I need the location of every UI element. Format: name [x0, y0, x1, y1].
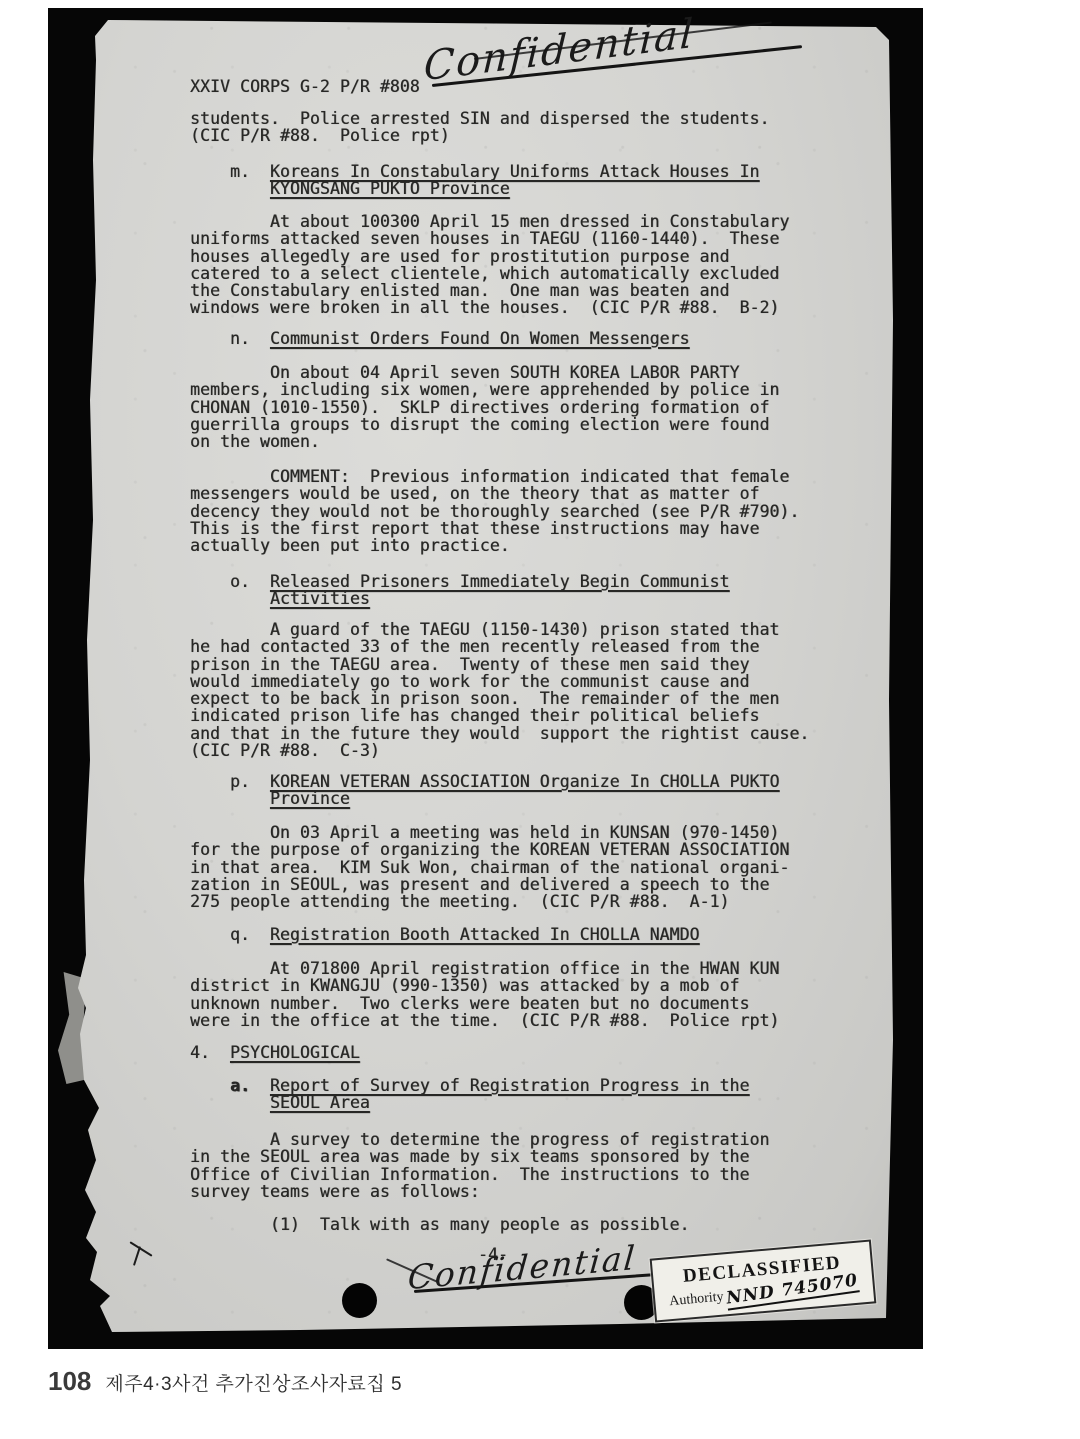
section-letter: q. — [190, 925, 270, 944]
section-heading-q: q. Registration Booth Attacked In CHOLLA… — [190, 926, 700, 943]
text-line: prison in the TAEGU area. Twenty of thes… — [190, 656, 809, 673]
section-n-comment: COMMENT: Previous information indicated … — [190, 468, 799, 554]
section-letter: p. — [190, 772, 270, 791]
text-line: for the purpose of organizing the KOREAN… — [190, 841, 789, 858]
text-line: he had contacted 33 of the men recently … — [190, 638, 809, 655]
heading-line: p. KOREAN VETERAN ASSOCIATION Organize I… — [190, 773, 779, 790]
section-heading-a: a. Report of Survey of Registration Prog… — [190, 1077, 749, 1112]
heading-line: n. Communist Orders Found On Women Messe… — [190, 330, 690, 347]
book-title: 제주4·3사건 추가진상조사자료집 5 — [105, 1369, 402, 1396]
section-p-paragraph: On 03 April a meeting was held in KUNSAN… — [190, 824, 789, 910]
text-line: (1) Talk with as many people as possible… — [190, 1216, 690, 1233]
text-line: in that area. KIM Suk Won, chairman of t… — [190, 859, 789, 876]
heading-line: 4. PSYCHOLOGICAL — [190, 1044, 360, 1061]
heading-line: o. Released Prisoners Immediately Begin … — [190, 573, 730, 590]
numbered-section-heading: 4. PSYCHOLOGICAL — [190, 1044, 360, 1061]
heading-text: Province — [270, 789, 350, 808]
document-header: XXIV CORPS G-2 P/R #808 — [190, 78, 420, 95]
intro-paragraph: students. Police arrested SIN and disper… — [190, 110, 769, 145]
typewritten-text-column: XXIV CORPS G-2 P/R #808students. Police … — [190, 14, 900, 1334]
text-line: would immediately go to work for the com… — [190, 673, 809, 690]
section-m-paragraph: At about 100300 April 15 men dressed in … — [190, 213, 789, 317]
text-line: indicated prison life has changed their … — [190, 707, 809, 724]
section-heading-n: n. Communist Orders Found On Women Messe… — [190, 330, 690, 347]
section-o-paragraph: A guard of the TAEGU (1150-1430) prison … — [190, 621, 809, 759]
heading-line: Activities — [190, 590, 730, 607]
section-letter — [190, 1093, 270, 1112]
section-letter: a. — [190, 1076, 270, 1095]
section-q-paragraph: At 071800 April registration office in t… — [190, 960, 779, 1029]
text-line: catered to a select clientele, which aut… — [190, 265, 789, 282]
heading-text: Activities — [270, 589, 370, 608]
text-line: on the women. — [190, 433, 779, 450]
heading-line: Province — [190, 790, 779, 807]
scanned-document-page: XXIV CORPS G-2 P/R #808students. Police … — [0, 0, 1080, 1439]
heading-text: Released Prisoners Immediately Begin Com… — [270, 572, 730, 591]
text-line: uniforms attacked seven houses in TAEGU … — [190, 230, 789, 247]
heading-text: KOREAN VETERAN ASSOCIATION Organize In C… — [270, 772, 780, 791]
heading-line: KYONGSANG PUKTO Province — [190, 180, 759, 197]
section-heading-o: o. Released Prisoners Immediately Begin … — [190, 573, 730, 608]
section-letter — [190, 789, 270, 808]
text-line: At 071800 April registration office in t… — [190, 960, 779, 977]
heading-text: Registration Booth Attacked In CHOLLA NA… — [270, 925, 700, 944]
paper-sheet: XXIV CORPS G-2 P/R #808students. Police … — [50, 14, 898, 1334]
text-line: district in KWANGJU (990-1350) was attac… — [190, 977, 779, 994]
section-letter: m. — [190, 162, 270, 181]
section-letter — [190, 179, 270, 198]
text-line: COMMENT: Previous information indicated … — [190, 468, 799, 485]
text-line: windows were broken in all the houses. (… — [190, 299, 789, 316]
text-line: were in the office at the time. (CIC P/R… — [190, 1012, 779, 1029]
heading-text: Communist Orders Found On Women Messenge… — [270, 329, 690, 348]
punch-hole — [342, 1283, 377, 1318]
text-line: XXIV CORPS G-2 P/R #808 — [190, 78, 420, 95]
text-line: guerrilla groups to disrupt the coming e… — [190, 416, 779, 433]
text-line: (CIC P/R #88. Police rpt) — [190, 127, 769, 144]
book-footer-caption: 108 제주4·3사건 추가진상조사자료집 5 — [48, 1366, 402, 1397]
text-line: zation in SEOUL, was present and deliver… — [190, 876, 789, 893]
heading-text: PSYCHOLOGICAL — [230, 1043, 360, 1062]
heading-line: a. Report of Survey of Registration Prog… — [190, 1077, 749, 1094]
text-line: A survey to determine the progress of re… — [190, 1131, 769, 1148]
section-letter — [190, 589, 270, 608]
section-heading-m: m. Koreans In Constabulary Uniforms Atta… — [190, 163, 759, 198]
text-line: (CIC P/R #88. C-3) — [190, 742, 809, 759]
text-line: members, including six women, were appre… — [190, 381, 779, 398]
text-line: expect to be back in prison soon. The re… — [190, 690, 809, 707]
text-line: students. Police arrested SIN and disper… — [190, 110, 769, 127]
text-line: At about 100300 April 15 men dressed in … — [190, 213, 789, 230]
heading-line: q. Registration Booth Attacked In CHOLLA… — [190, 926, 700, 943]
heading-text: Koreans In Constabulary Uniforms Attack … — [270, 162, 760, 181]
text-line: CHONAN (1010-1550). SKLP directives orde… — [190, 399, 779, 416]
text-line: decency they would not be thoroughly sea… — [190, 503, 799, 520]
text-line: actually been put into practice. — [190, 537, 799, 554]
authority-label: Authority — [669, 1289, 725, 1310]
heading-text: KYONGSANG PUKTO Province — [270, 179, 510, 198]
text-line: the Constabulary enlisted man. One man w… — [190, 282, 789, 299]
heading-text: Report of Survey of Registration Progres… — [270, 1076, 750, 1095]
heading-text: SEOUL Area — [270, 1093, 370, 1112]
text-line: houses allegedly are used for prostituti… — [190, 248, 789, 265]
text-line: and that in the future they would suppor… — [190, 725, 809, 742]
survey-instruction-item: (1) Talk with as many people as possible… — [190, 1216, 690, 1233]
text-line: Office of Civilian Information. The inst… — [190, 1166, 769, 1183]
text-line: in the SEOUL area was made by six teams … — [190, 1148, 769, 1165]
section-letter: n. — [190, 329, 270, 348]
section-letter: o. — [190, 572, 270, 591]
text-line: survey teams were as follows: — [190, 1183, 769, 1200]
heading-line: m. Koreans In Constabulary Uniforms Atta… — [190, 163, 759, 180]
book-page-number: 108 — [48, 1366, 91, 1397]
section-a-paragraph: A survey to determine the progress of re… — [190, 1131, 769, 1200]
text-line: A guard of the TAEGU (1150-1430) prison … — [190, 621, 809, 638]
text-line: unknown number. Two clerks were beaten b… — [190, 995, 779, 1012]
text-line: messengers would be used, on the theory … — [190, 485, 799, 502]
text-line: 275 people attending the meeting. (CIC P… — [190, 893, 789, 910]
section-n-paragraph: On about 04 April seven SOUTH KOREA LABO… — [190, 364, 779, 450]
text-line: This is the first report that these inst… — [190, 520, 799, 537]
text-line: On about 04 April seven SOUTH KOREA LABO… — [190, 364, 779, 381]
heading-line: SEOUL Area — [190, 1094, 749, 1111]
section-number: 4. — [190, 1043, 230, 1062]
section-heading-p: p. KOREAN VETERAN ASSOCIATION Organize I… — [190, 773, 779, 808]
text-line: On 03 April a meeting was held in KUNSAN… — [190, 824, 789, 841]
